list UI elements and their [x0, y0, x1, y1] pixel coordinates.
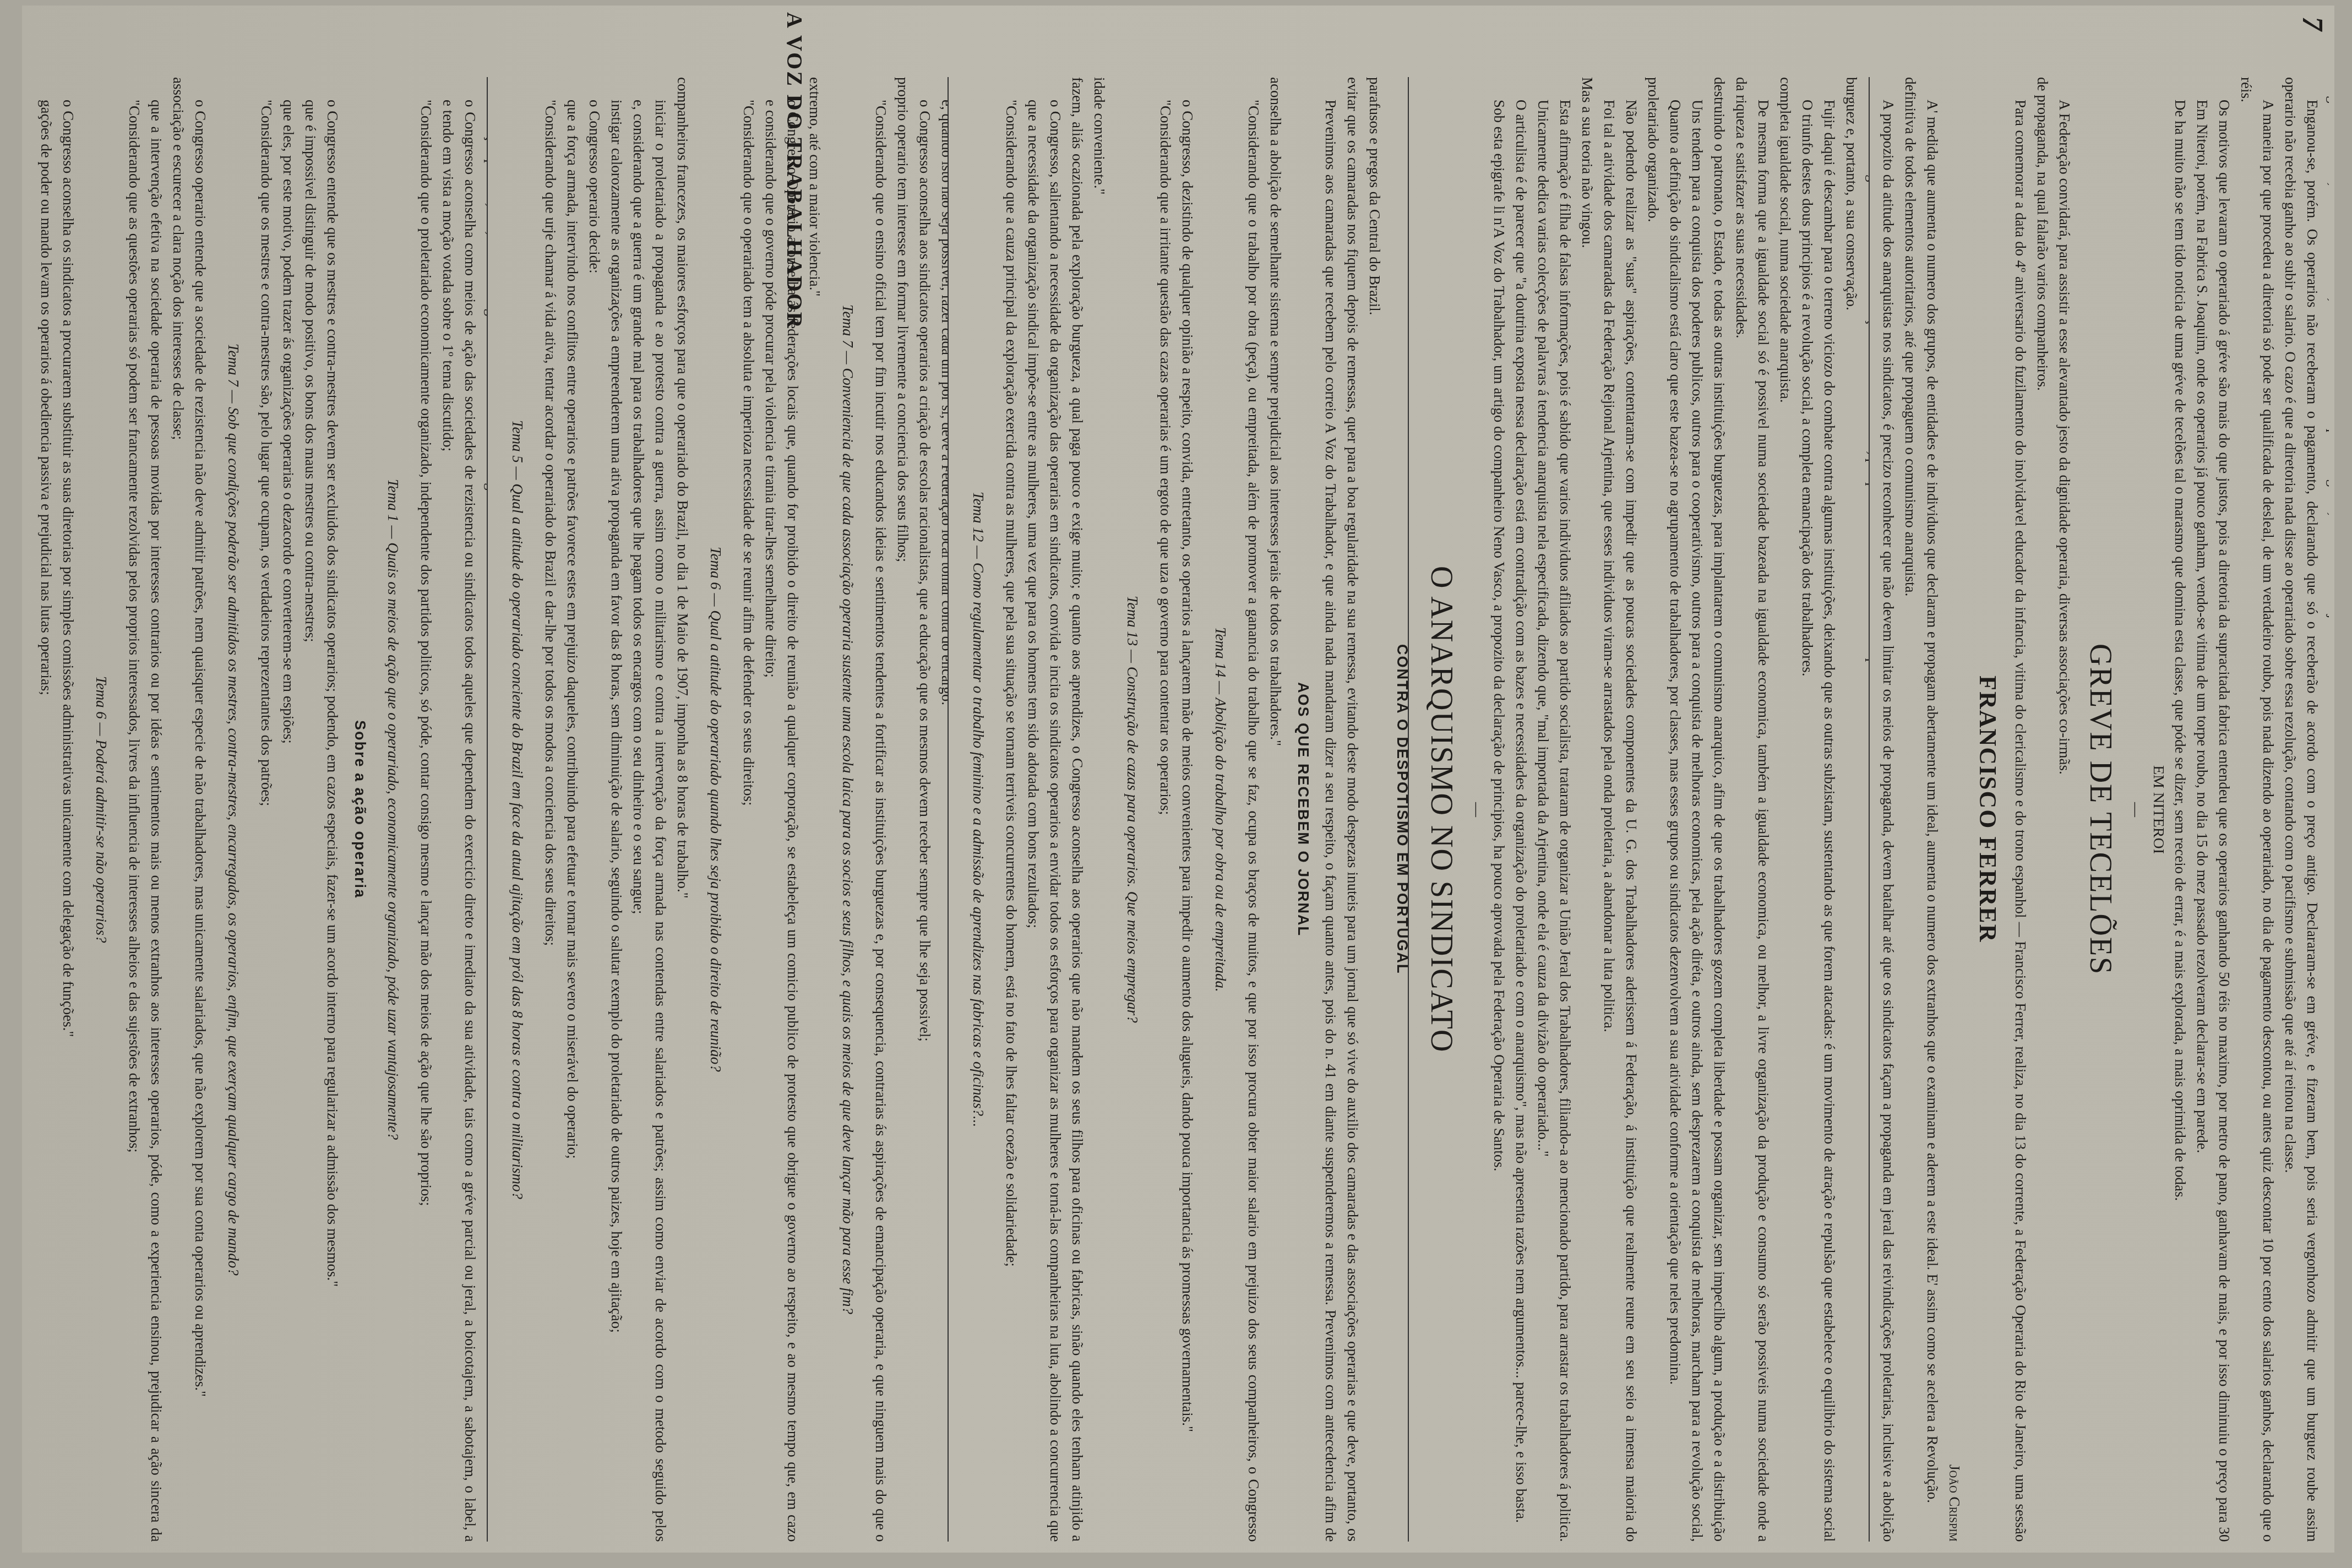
paragraph: e considerando que o governo póde procur… — [760, 77, 782, 1542]
paragraph: Não podendo realizar as "suas" aspiraçõe… — [1620, 77, 1664, 1542]
paragraph: que é impossivel distinguir de modo posi… — [300, 77, 322, 1542]
paragraph: o Congresso operario decide: — [584, 77, 606, 1542]
paragraph: o Congresso aconselha aos sindicatos ope… — [914, 77, 936, 1542]
paragraph: Uns tendem para a conquista dos poderes … — [1686, 77, 1752, 1542]
paragraph: "Considerando que as questões operarias … — [123, 77, 145, 1542]
tema-heading: Tema 7 — Conveniencia de que cada associ… — [837, 77, 859, 1542]
section-headline: Sobre a ação operaria — [349, 77, 371, 1542]
divider-dash: — — [2125, 77, 2147, 1542]
paragraph: De ha muito não se tem tido noticia de u… — [2169, 77, 2191, 1542]
paragraph: "Considerando que os mestres e contra-me… — [255, 77, 277, 1542]
paragraph: Os motivos que levaram o operariado á gr… — [2213, 77, 2257, 1542]
paragraph: e tendo em vista a moção votada sobre o … — [437, 77, 459, 1542]
paragraph: Prevenimos aos camaradas que recebem pel… — [1320, 77, 1386, 1542]
paragraph: o Congresso, dezistindo de qualquer opin… — [1177, 77, 1199, 1542]
paragraph: "Considerando que a irritante questão da… — [1155, 77, 1177, 1542]
author-signature: João Crispim — [1943, 77, 1966, 1542]
paragraph: "Considerando que o operariado tem a abs… — [738, 77, 760, 1542]
paragraph: Fujir daqui é descambar para o terreno v… — [1819, 77, 1863, 1542]
column-1: gações de poder ou mando levam os operar… — [28, 77, 488, 1542]
article-headline: FRANCISCO FERRER — [1971, 77, 2004, 1542]
section-headline: AOS QUE RECEBEM O JORNAL — [1292, 77, 1314, 1542]
paragraph: A propozito da atitude dos anarquistas n… — [1877, 77, 1921, 1542]
paragraph: A Federação convidará, para assistir a e… — [2054, 77, 2076, 1542]
column-2: Tema 5 — Qual a atitude do operariado co… — [488, 77, 948, 1542]
tema-heading: Tema 5 — Qual a atitude do operariado co… — [507, 77, 529, 1542]
paragraph: Foi tal a atividade dos camaradas da Fed… — [1598, 77, 1620, 1542]
paragraph: O articulista é de parecer que "a doutri… — [1510, 77, 1532, 1542]
paragraph: "Considerando que a cauza principal da e… — [1000, 77, 1022, 1542]
paragraph: Quanto a definição do sindicalismo está … — [1664, 77, 1686, 1542]
paragraph: Para comemorar a data do 4º aniversario … — [2010, 77, 2054, 1542]
section-headline: CONTRA O DESPOTISMO EM PORTUGAL — [1391, 77, 1409, 1542]
paragraph: Em Niteroi, porém, na Fabrica S. Joaquim… — [2191, 77, 2213, 1542]
paragraph: A' medida que aumenta o numero dos grupo… — [1921, 77, 1943, 1542]
paragraph: o Congresso aconselha como meios de ação… — [459, 77, 488, 1542]
paragraph: o Congresso, salientando a necessidade d… — [1044, 77, 1110, 1542]
paragraph: "Considerando que urje chamar á vida ati… — [540, 77, 562, 1542]
column-5: A propozito da atitude dos anarquistas n… — [1870, 77, 2329, 1542]
column-4: O ANARQUISMO NO SINDICATO—Sob esta epigr… — [1409, 77, 1869, 1542]
subheadline: EM NITEROI — [2147, 77, 2169, 1542]
article-headline: GREVE DE TECELÕES — [2081, 77, 2120, 1542]
paragraph: O triunfo destes dous principios é a rev… — [1796, 77, 1819, 1542]
paragraph: que a força armada, intervindo nos confl… — [562, 77, 584, 1542]
column-3: Tema 12 — Como regulamentar o trabalho f… — [949, 77, 1409, 1542]
paragraph: e, quando isto não seja possivel, fazer … — [936, 77, 948, 1542]
paragraph: o Congresso Operario aconselha ás federa… — [782, 77, 826, 1542]
tema-heading: Tema 7 — Sob que condições poderão ser a… — [222, 77, 244, 1542]
paragraph: "Considerando que o trabalho por obra (p… — [1243, 77, 1287, 1542]
paragraph: iniciar o proletariado a propaganda e ao… — [650, 77, 694, 1542]
paragraph: Neno Vasco grita contra a Confederação G… — [1863, 77, 1869, 1542]
paragraph: o Congresso entende que os mestres e con… — [322, 77, 344, 1542]
paragraph: gações de poder ou mando levam os operar… — [35, 77, 57, 1542]
article-columns: gações de poder ou mando levam os operar… — [28, 77, 2329, 1542]
paragraph: que eles, por este motivo, podem trazer … — [277, 77, 300, 1542]
paragraph: A maneira por que procedeu a diretoria s… — [2257, 77, 2301, 1542]
tema-heading: Tema 6 — Poderá admitir-se não operarios… — [90, 77, 112, 1542]
paragraph: "Considerando que o ensino oficial tem p… — [870, 77, 914, 1542]
paragraph: Unicamente dedica varias colecções de pa… — [1532, 77, 1554, 1542]
tema-heading: Tema 13 — Construção de cazas para opera… — [1121, 77, 1144, 1542]
divider-dash: — — [1466, 77, 1488, 1542]
tema-heading: Tema 12 — Como regulamentar o trabalho f… — [967, 77, 989, 1542]
paragraph: que a necessidade da organização sindica… — [1022, 77, 1044, 1542]
paragraph: Sob esta epigrafe li n'A Voz do Trabalha… — [1488, 77, 1510, 1542]
paragraph: instigar calorozamente as organizações a… — [606, 77, 628, 1542]
page-number: 7 — [2296, 17, 2328, 31]
paragraph: De mesma forma que a igualdade social só… — [1752, 77, 1796, 1542]
tema-heading: Tema 1 — Quais os meios de ação que o op… — [382, 77, 404, 1542]
paragraph: o Congresso operario entende que a socie… — [189, 77, 211, 1542]
newspaper-page: A VOZ DO TRABALHADOR 7 gações de poder o… — [22, 6, 2334, 1553]
paragraph: Enganou-se, porém. Os operarios não rece… — [2301, 77, 2329, 1542]
tema-heading: Tema 6 — Qual a atitude do operariado qu… — [705, 77, 727, 1542]
paragraph: e, considerando que a guerra é um grande… — [628, 77, 650, 1542]
paragraph: "Considerando que o proletariado economi… — [415, 77, 437, 1542]
tema-heading: Tema 14 — Abolição do trabalho por obra … — [1210, 77, 1232, 1542]
paragraph: o Congresso aconselha os sindicatos a pr… — [57, 77, 79, 1542]
article-headline: O ANARQUISMO NO SINDICATO — [1422, 77, 1461, 1542]
paragraph: que a intervenção efetiva na sociedade o… — [145, 77, 189, 1542]
paragraph: Esta afirmação é filha de falsas informa… — [1554, 77, 1598, 1542]
